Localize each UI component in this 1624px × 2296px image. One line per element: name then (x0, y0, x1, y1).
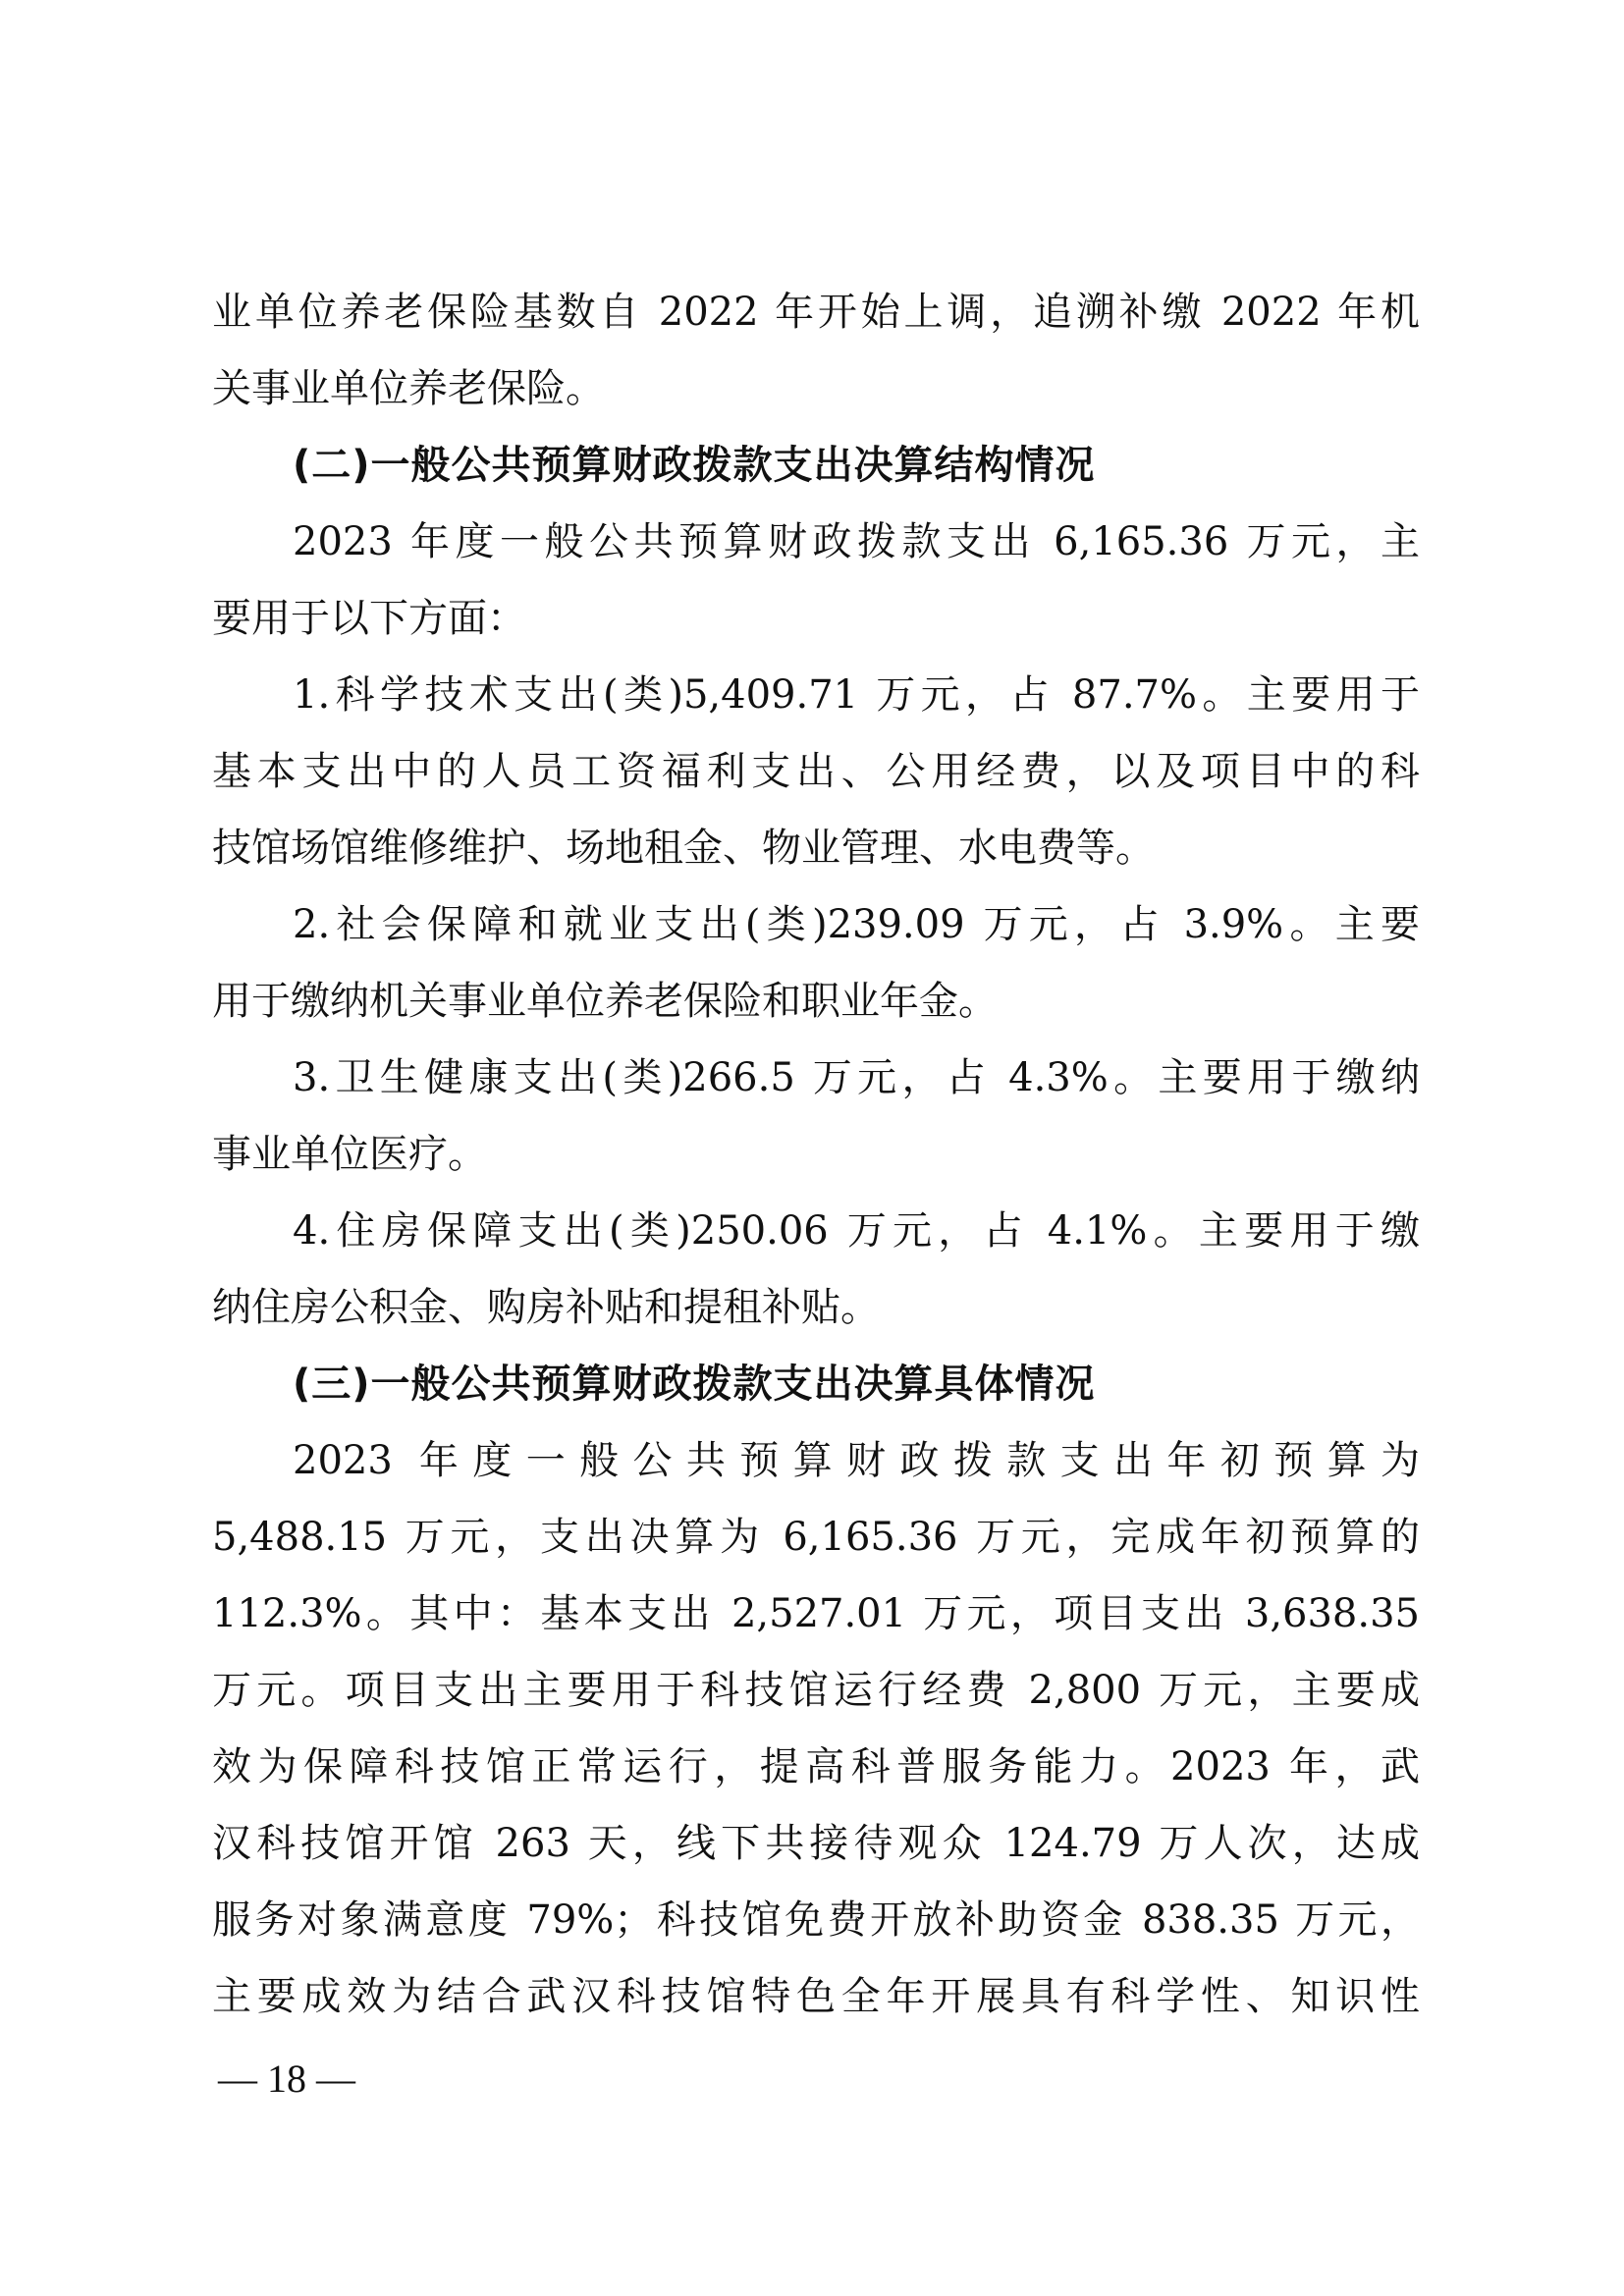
body-text-line: 2023 年度一般公共预算财政拨款支出年初预算为 (293, 1431, 1420, 1490)
body-text-line: 效为保障科技馆正常运行，提高科普服务能力。2023 年，武 (212, 1737, 1420, 1796)
body-text-line: 服务对象满意度 79%；科技馆免费开放补助资金 838.35 万元， (212, 1891, 1420, 1949)
body-text-line: 汉科技馆开馆 263 天，线下共接待观众 124.79 万人次，达成 (212, 1814, 1420, 1873)
document-page: 业单位养老保险基数自 2022 年开始上调，追溯补缴 2022 年机 关事业单位… (0, 0, 1624, 2296)
body-text-line: 关事业单位养老保险。 (212, 359, 1420, 418)
body-text-line: 万元。项目支出主要用于科技馆运行经费 2,800 万元，主要成 (212, 1661, 1420, 1720)
body-text-line: 112.3%。其中：基本支出 2,527.01 万元，项目支出 3,638.35 (212, 1584, 1420, 1643)
page-number: — 18 — (218, 2050, 355, 2109)
section-heading-2: (二)一般公共预算财政拨款支出决算结构情况 (293, 436, 1420, 495)
body-text-line: 5,488.15 万元，支出决算为 6,165.36 万元，完成年初预算的 (212, 1508, 1420, 1567)
body-text-line: 纳住房公积金、购房补贴和提租补贴。 (212, 1278, 1420, 1337)
body-text-line: 技馆场馆维修维护、场地租金、物业管理、水电费等。 (212, 819, 1420, 878)
list-item-1: 1.科学技术支出(类)5,409.71 万元，占 87.7%。主要用于 (293, 666, 1420, 724)
body-text-line: 用于缴纳机关事业单位养老保险和职业年金。 (212, 972, 1420, 1031)
body-text-line: 事业单位医疗。 (212, 1125, 1420, 1184)
body-text-line: 基本支出中的人员工资福利支出、公用经费，以及项目中的科 (212, 742, 1420, 801)
list-item-3: 3.卫生健康支出(类)266.5 万元，占 4.3%。主要用于缴纳 (293, 1048, 1420, 1107)
list-item-4: 4.住房保障支出(类)250.06 万元，占 4.1%。主要用于缴 (293, 1201, 1420, 1260)
section-heading-3: (三)一般公共预算财政拨款支出决算具体情况 (293, 1355, 1420, 1414)
body-text-line: 2023 年度一般公共预算财政拨款支出 6,165.36 万元，主 (293, 512, 1420, 571)
body-text-line: 要用于以下方面： (212, 589, 1420, 648)
body-text-line: 主要成效为结合武汉科技馆特色全年开展具有科学性、知识性 (212, 1967, 1420, 2026)
body-text-line: 业单位养老保险基数自 2022 年开始上调，追溯补缴 2022 年机 (212, 283, 1420, 342)
list-item-2: 2.社会保障和就业支出(类)239.09 万元，占 3.9%。主要 (293, 895, 1420, 954)
